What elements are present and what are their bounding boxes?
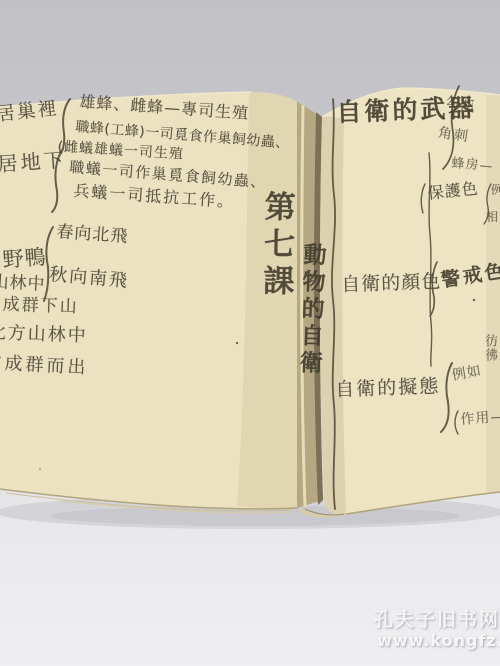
note-line-fly-north: 春向北飛 (56, 224, 129, 246)
note-line-go-out-in-flocks: 常成群而出 (0, 354, 89, 377)
heading-self-defense-mimicry: 自衛的擬態 (335, 377, 441, 400)
ink-speck-2 (473, 299, 475, 301)
note-line-season-flock: 季成群下山 (0, 296, 79, 316)
ink-speck-1 (236, 342, 238, 344)
mimicry-note-imitate: 彷彿 (483, 334, 496, 362)
protective-color-note-2: 相 (486, 211, 498, 223)
photo-of-open-manuscript-book: 栖居巢裡 雄蜂、雌蜂—專司生殖 職蜂(工蜂)一司覓食作巢飼幼蟲、 栖居地下 (雌… (0, 0, 500, 666)
watermark-site-url: www.kongfz.com (377, 633, 500, 649)
watermark-site-name: 孔夫子旧书网 (374, 611, 500, 630)
ink-speck-3 (39, 468, 41, 470)
note-label-wild-duck: 野鴨 (2, 247, 47, 271)
lesson-number-title: 第七課 (259, 190, 292, 302)
right-page (320, 88, 500, 514)
note-line-northern-forest: 北方山林中 (0, 324, 88, 345)
chapter-title: 動物的自衛 (296, 242, 324, 378)
weapon-note-horns-spines: 角刺 (437, 126, 471, 144)
mimicry-note-function: 作用— (460, 410, 500, 427)
protective-color-note-example: 例 (491, 184, 500, 196)
note-line-mountain-forest: 山林中 (0, 274, 46, 294)
weapon-note-hive: 蜂房— (451, 157, 494, 174)
right-page-edge-shading (486, 95, 500, 492)
heading-self-defense-colors: 自衛的顏色 (341, 273, 442, 295)
